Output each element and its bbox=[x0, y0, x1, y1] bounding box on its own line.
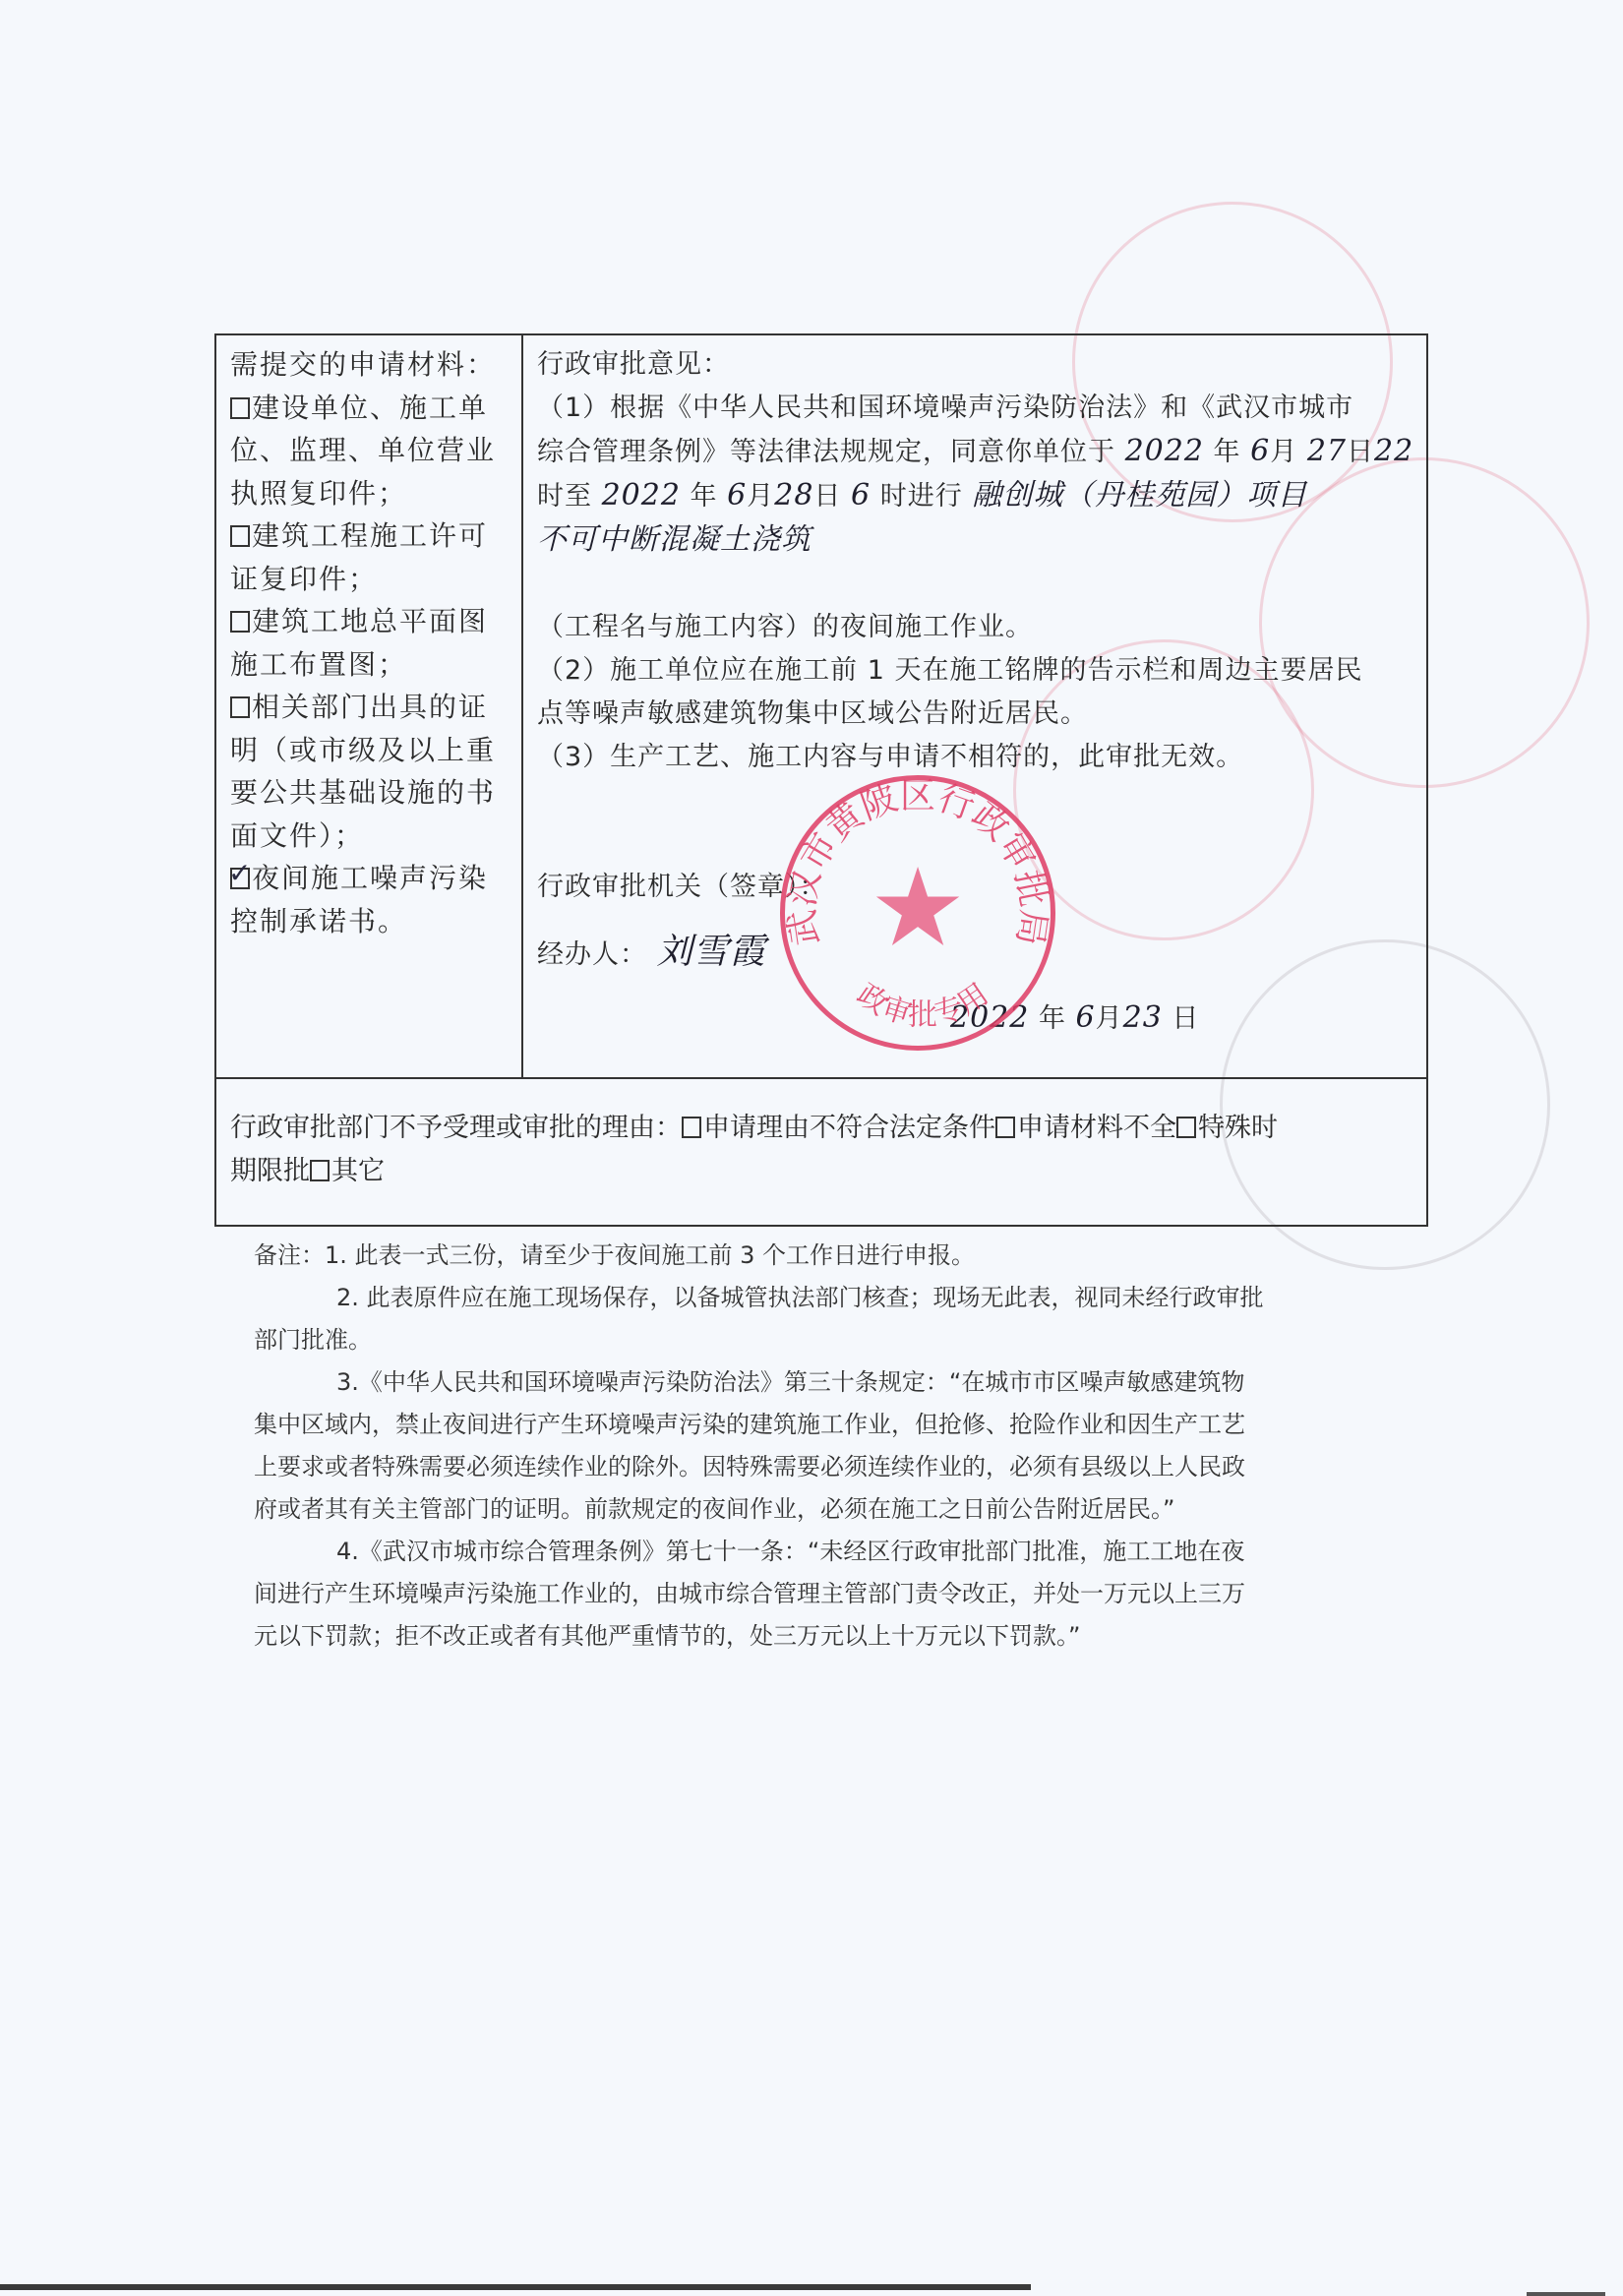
project-name-field[interactable]: 融创城（丹桂苑园）项目 bbox=[972, 478, 1307, 513]
checkmark-icon: ✓ bbox=[228, 860, 253, 887]
materials-title: 需提交的申请材料： bbox=[230, 343, 521, 387]
opinion-title: 行政审批意见： bbox=[537, 343, 1426, 387]
note-2: 2. 此表原件应在施工现场保存，以备城管执法部门核查；现场无此表，视同未经行政审… bbox=[254, 1277, 1419, 1319]
opinion-clause-2-cont: 点等噪声敏感建筑物集中区域公告附近居民。 bbox=[537, 693, 1426, 736]
end-year-field[interactable]: 2022 bbox=[602, 478, 681, 513]
sign-date-line: 2022 年 6月23 日 bbox=[537, 997, 1426, 1041]
material-checkbox-checked[interactable]: ✓ bbox=[230, 868, 250, 889]
end-day-field[interactable]: 28 bbox=[774, 478, 813, 513]
material-checkbox[interactable] bbox=[230, 696, 250, 718]
rejection-checkbox[interactable] bbox=[995, 1117, 1015, 1138]
rejection-row: 行政审批部门不予受理或审批的理由：申请理由不符合法定条件申请材料不全特殊时 期限… bbox=[216, 1077, 1426, 1225]
rejection-checkbox[interactable] bbox=[1176, 1117, 1196, 1138]
material-item: 建筑工程施工许可 证复印件； bbox=[230, 514, 521, 600]
opinion-column: 行政审批意见： （1）根据《中华人民共和国环境噪声污染防治法》和《武汉市城市 综… bbox=[523, 335, 1426, 1077]
rejection-checkbox[interactable] bbox=[682, 1117, 701, 1138]
start-hour-field[interactable]: 22 bbox=[1374, 434, 1413, 468]
start-year-field[interactable]: 2022 bbox=[1125, 434, 1204, 468]
scan-edge bbox=[0, 2284, 1031, 2290]
rejection-checkbox[interactable] bbox=[310, 1160, 330, 1181]
approval-form-table: 需提交的申请材料： 建设单位、施工单 位、监理、单位营业 执照复印件； 建筑工程… bbox=[214, 333, 1428, 1227]
material-checkbox[interactable] bbox=[230, 611, 250, 633]
sign-year-field[interactable]: 2022 bbox=[950, 1000, 1029, 1035]
sign-month-field[interactable]: 6 bbox=[1076, 1000, 1096, 1035]
opinion-clause-2: （2）施工单位应在施工前 1 天在施工铭牌的告示栏和周边主要居民 bbox=[537, 649, 1426, 693]
start-day-field[interactable]: 27 bbox=[1307, 434, 1347, 468]
material-item: 建筑工地总平面图 施工布置图； bbox=[230, 600, 521, 686]
document-page: 需提交的申请材料： 建设单位、施工单 位、监理、单位营业 执照复印件； 建筑工程… bbox=[0, 0, 1623, 2296]
material-item: 相关部门出具的证 明（或市级及以上重 要公共基础设施的书 面文件）； bbox=[230, 686, 521, 857]
opinion-clause-1: （1）根据《中华人民共和国环境噪声污染防治法》和《武汉市城市 bbox=[537, 387, 1426, 430]
sign-day-field[interactable]: 23 bbox=[1123, 1000, 1163, 1035]
handler-signature: 刘雪霞 bbox=[657, 932, 766, 972]
handler-label: 经办人： bbox=[537, 939, 647, 970]
project-hint: （工程名与施工内容）的夜间施工作业。 bbox=[537, 606, 1426, 649]
form-top-row: 需提交的申请材料： 建设单位、施工单 位、监理、单位营业 执照复印件； 建筑工程… bbox=[216, 335, 1426, 1079]
note-3: 3.《中华人民共和国环境噪声污染防治法》第三十条规定：“在城市市区噪声敏感建筑物 bbox=[254, 1361, 1419, 1404]
scan-edge bbox=[1527, 2292, 1605, 2296]
rejection-line-1: 行政审批部门不予受理或审批的理由：申请理由不符合法定条件申请材料不全特殊时 bbox=[230, 1107, 1426, 1150]
rejection-line-2: 期限批其它 bbox=[230, 1150, 1426, 1193]
material-item: 建设单位、施工单 位、监理、单位营业 执照复印件； bbox=[230, 387, 521, 515]
notes-section: 备注：1. 此表一式三份，请至少于夜间施工前 3 个工作日进行申报。 2. 此表… bbox=[254, 1235, 1419, 1658]
start-month-field[interactable]: 6 bbox=[1250, 434, 1270, 468]
material-checkbox[interactable] bbox=[230, 525, 250, 547]
note-4: 4.《武汉市城市综合管理条例》第七十一条：“未经区行政审批部门批准，施工工地在夜 bbox=[254, 1531, 1419, 1573]
note-1: 备注：1. 此表一式三份，请至少于夜间施工前 3 个工作日进行申报。 bbox=[254, 1235, 1419, 1277]
handler-line: 经办人： 刘雪霞 bbox=[537, 931, 1426, 977]
materials-column: 需提交的申请材料： 建设单位、施工单 位、监理、单位营业 执照复印件； 建筑工程… bbox=[216, 335, 523, 1077]
end-month-field[interactable]: 6 bbox=[727, 478, 747, 513]
construction-content-field[interactable]: 不可中断混凝土浇筑 bbox=[537, 522, 811, 557]
authority-label: 行政审批机关（签章）： bbox=[537, 866, 1426, 909]
opinion-period-line: 时至 2022 年 6月28日 6 时进行 融创城（丹桂苑园）项目 bbox=[537, 474, 1426, 518]
opinion-clause-1-cont: 综合管理条例》等法律法规规定，同意你单位于 2022 年 6月 27日22 bbox=[537, 430, 1426, 474]
material-item: ✓夜间施工噪声污染 控制承诺书。 bbox=[230, 857, 521, 942]
end-hour-field[interactable]: 6 bbox=[851, 478, 871, 513]
opinion-clause-3: （3）生产工艺、施工内容与申请不相符的，此审批无效。 bbox=[537, 736, 1426, 779]
material-checkbox[interactable] bbox=[230, 397, 250, 419]
